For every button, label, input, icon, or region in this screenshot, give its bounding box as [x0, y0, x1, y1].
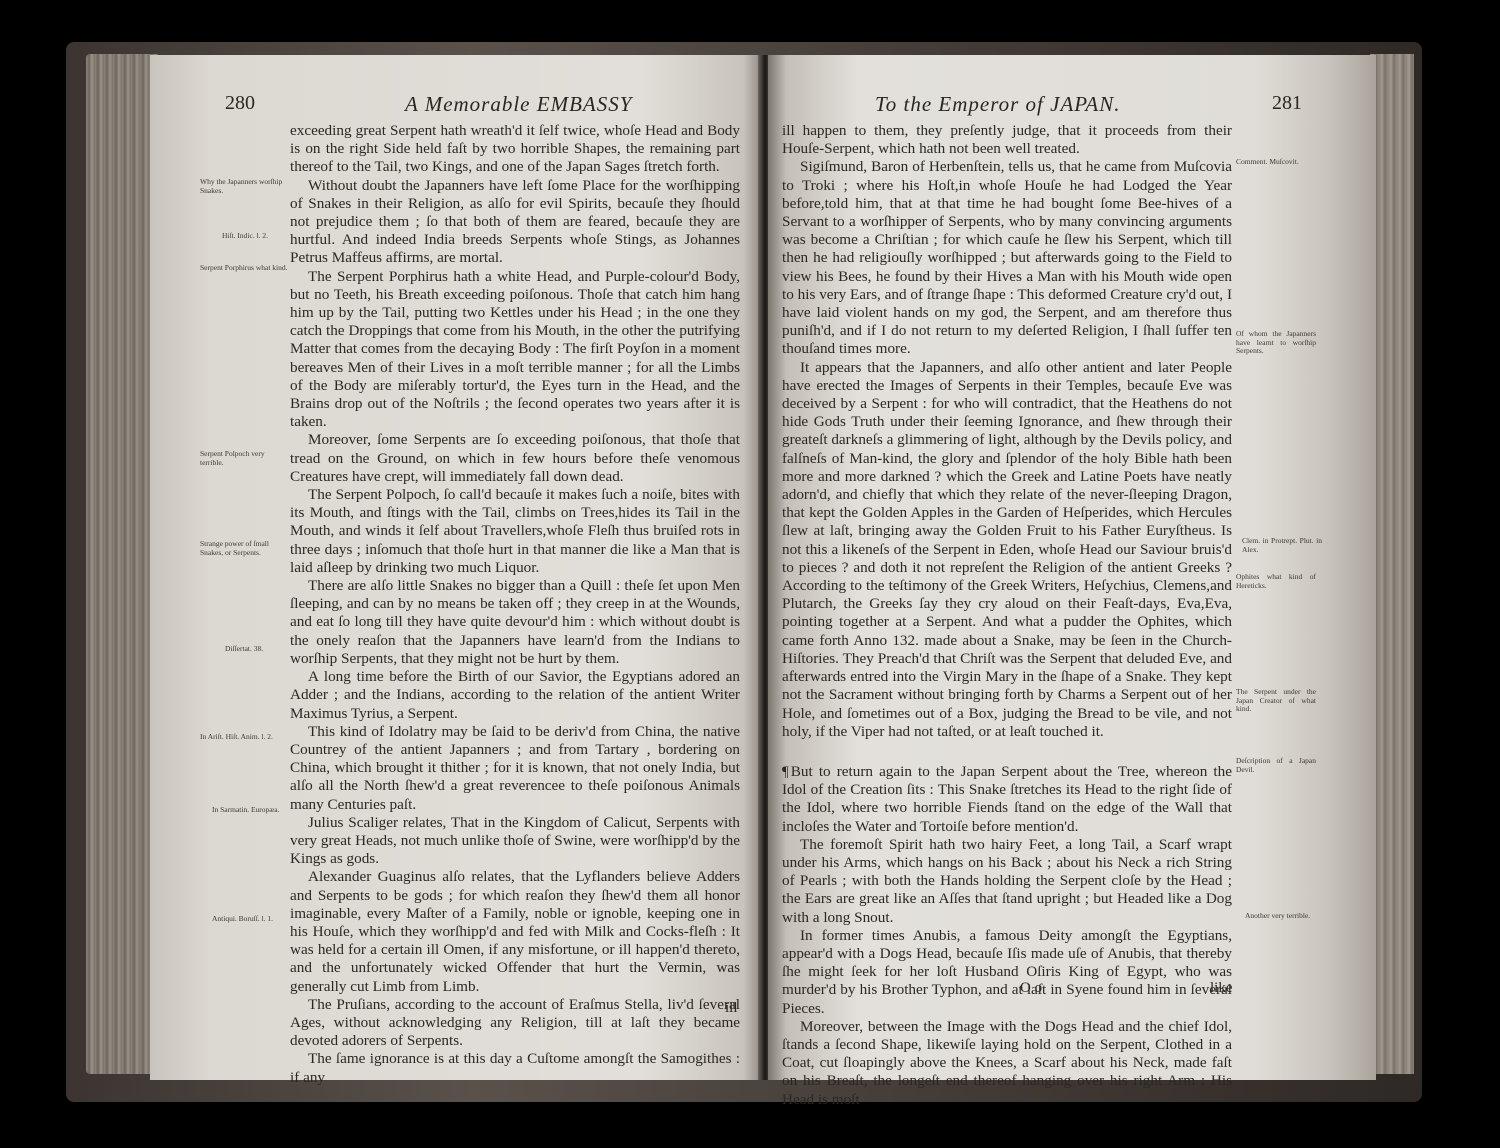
- margin-note: The Serpent under the Japan Creator of w…: [1236, 688, 1316, 714]
- margin-note: Why the Japanners worſhip Snakes.: [200, 178, 288, 195]
- right-catchword: like: [1210, 980, 1233, 997]
- paragraph: The Pruſians, according to the account o…: [290, 996, 740, 1051]
- paragraph: ill happen to them, they preſently judge…: [782, 122, 1232, 158]
- margin-note: Deſcription of a Japan Devil.: [1236, 757, 1316, 774]
- paragraph-text: But to return again to the Japan Serpent…: [782, 763, 1232, 835]
- right-page-number: 281: [1272, 92, 1302, 115]
- paragraph: In former times Anubis, a famous Deity a…: [782, 927, 1232, 1018]
- margin-note: Clem. in Protrept. Plut. in Alex.: [1242, 537, 1322, 554]
- paragraph: Moreover, ſome Serpents are ſo exceeding…: [290, 431, 740, 486]
- margin-note: In Sarmatin. Europæa.: [212, 806, 292, 815]
- margin-note: Hiſt. Indic. l. 2.: [222, 232, 302, 241]
- paragraph: Without doubt the Japanners have left ſo…: [290, 177, 740, 268]
- margin-note: Serpent Polpoch very terrible.: [200, 450, 288, 467]
- right-text-column: ill happen to them, they preſently judge…: [782, 122, 1232, 1109]
- page-block-left-edge: [86, 54, 158, 1074]
- margin-note: Serpent Porphirus what kind.: [200, 264, 288, 273]
- margin-note: Comment. Muſcovit.: [1236, 158, 1316, 167]
- left-catchword: ill: [725, 1000, 738, 1017]
- margin-note: Diſſertat. 38.: [225, 645, 305, 654]
- signature-mark: O o: [1020, 980, 1042, 997]
- right-running-head: To the Emperor of JAPAN.: [875, 92, 1120, 117]
- paragraph: There are alſo little Snakes no bigger t…: [290, 577, 740, 668]
- margin-note: Of whom the Japanners have learnt to wor…: [1236, 330, 1316, 356]
- paragraph: The foremoſt Spirit hath two hairy Feet,…: [782, 836, 1232, 927]
- left-page-number: 280: [225, 92, 255, 115]
- pilcrow-icon: ¶: [782, 763, 789, 781]
- paragraph: This kind of Idolatry may be ſaid to be …: [290, 723, 740, 814]
- paragraph: A long time before the Birth of our Savi…: [290, 668, 740, 723]
- margin-note: Another very terrible.: [1245, 912, 1325, 921]
- margin-note: Ophites what kind of Hereticks.: [1236, 573, 1316, 590]
- paragraph: The Serpent Porphirus hath a white Head,…: [290, 268, 740, 432]
- paragraph-with-dropcap: ¶ But to return again to the Japan Serpe…: [782, 763, 1232, 836]
- paragraph: exceeding great Serpent hath wreath'd it…: [290, 122, 740, 177]
- paragraph: Sigiſmund, Baron of Herbenſtein, tells u…: [782, 158, 1232, 358]
- margin-note: In Ariſt. Hiſt. Anim. l. 2.: [200, 733, 288, 742]
- left-running-head: A Memorable EMBASSY: [405, 92, 632, 117]
- paragraph: Moreover, between the Image with the Dog…: [782, 1018, 1232, 1109]
- paragraph: It appears that the Japanners, and alſo …: [782, 359, 1232, 741]
- margin-note: Strange power of ſmall Snakes, or Serpen…: [200, 540, 288, 557]
- page-block-right-edge: [1370, 54, 1414, 1074]
- paragraph: The ſame ignorance is at this day a Cuſt…: [290, 1050, 740, 1086]
- left-text-column: exceeding great Serpent hath wreath'd it…: [290, 122, 740, 1087]
- paragraph: The Serpent Polpoch, ſo call'd becauſe i…: [290, 486, 740, 577]
- paragraph: Alexander Guaginus alſo relates, that th…: [290, 868, 740, 995]
- margin-note: Antiqui. Boruſſ. l. 1.: [212, 915, 292, 924]
- paragraph: Julius Scaliger relates, That in the Kin…: [290, 814, 740, 869]
